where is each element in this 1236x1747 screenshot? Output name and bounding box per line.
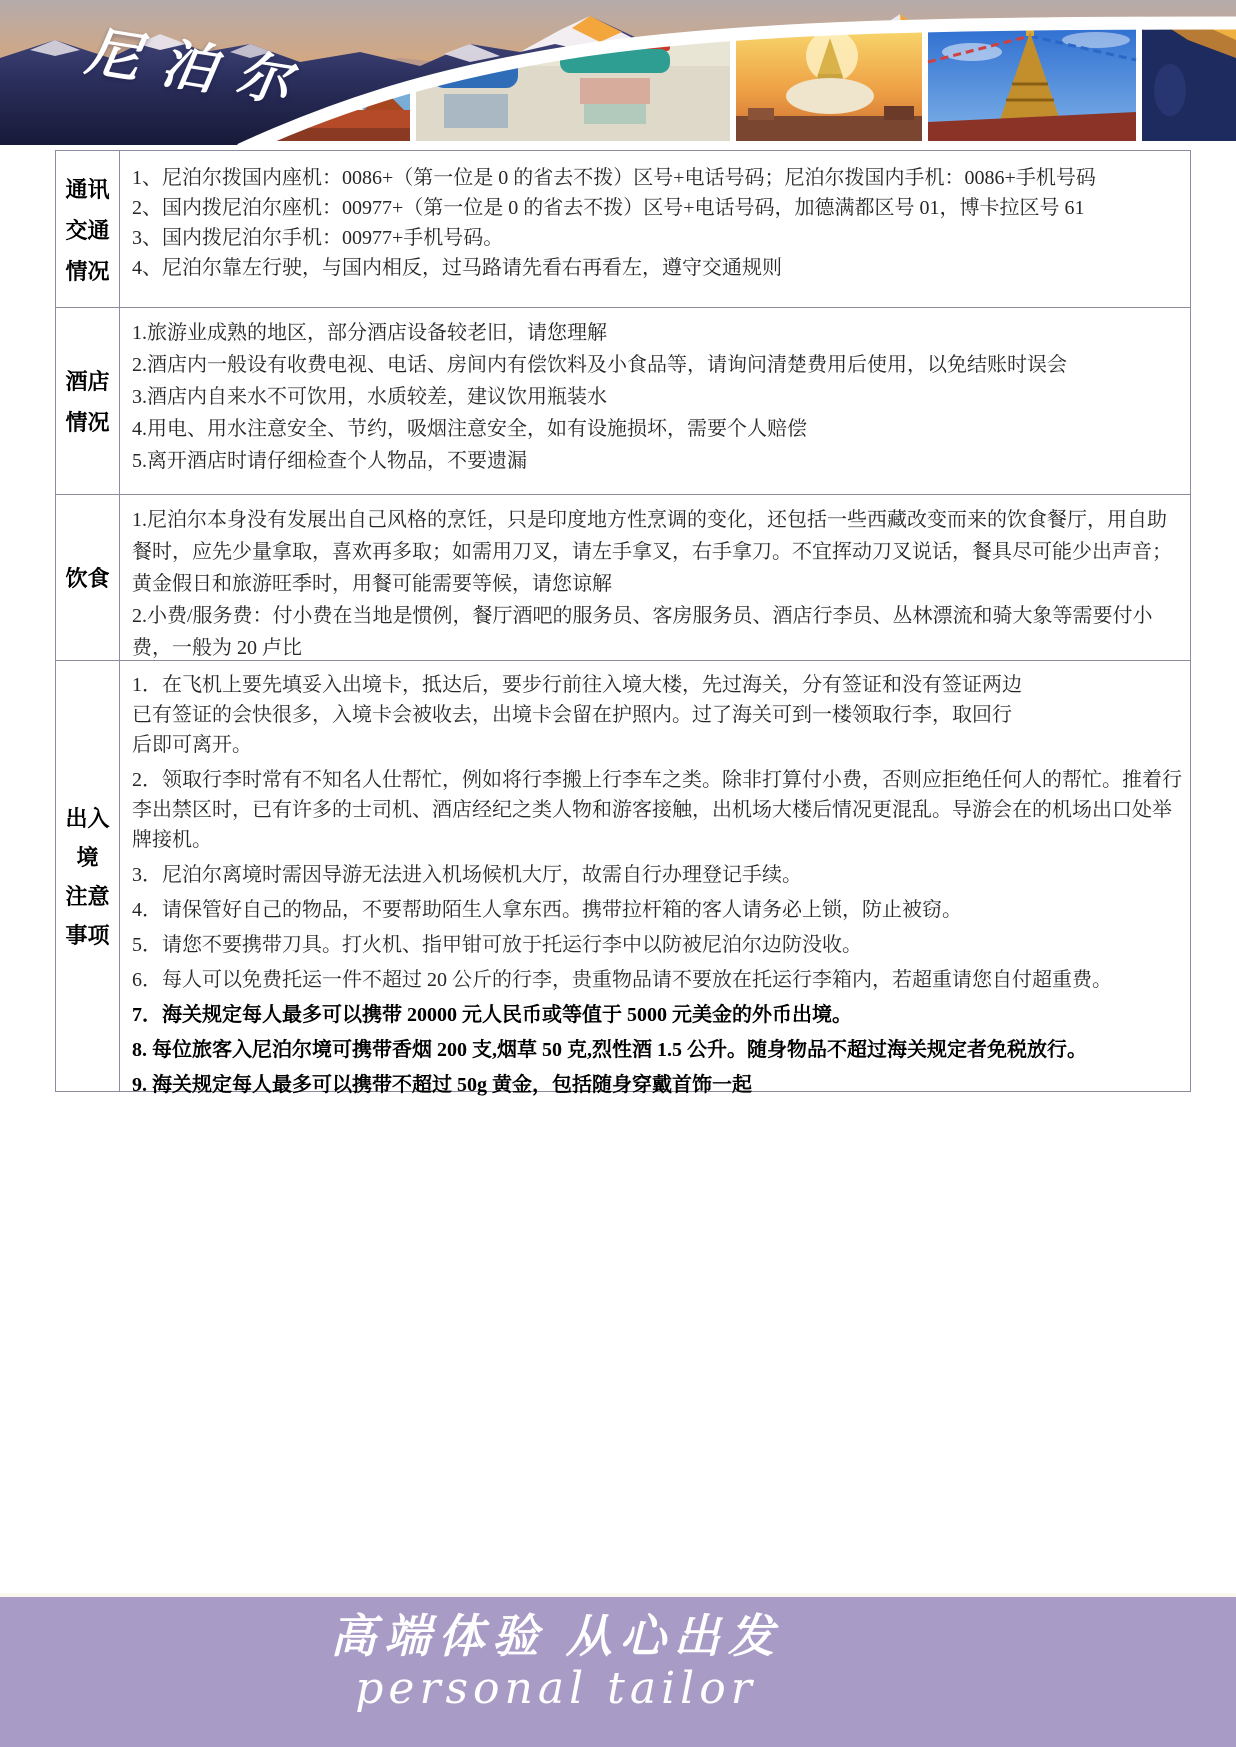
row-label: 饮食	[56, 495, 120, 660]
table-row: 饮食1.尼泊尔本身没有发展出自己风格的烹饪，只是印度地方性烹调的变化，还包括一些…	[56, 495, 1190, 661]
row-content: 1.尼泊尔本身没有发展出自己风格的烹饪，只是印度地方性烹调的变化，还包括一些西藏…	[120, 495, 1190, 660]
row-label-line: 饮食	[65, 562, 109, 593]
row-item: 8. 每位旅客入尼泊尔境可携带香烟 200 支,烟草 50 克,烈性酒 1.5 …	[132, 1035, 1182, 1065]
row-label-line: 情况	[65, 255, 109, 286]
footer-banner: 高端体验 从心出发 personal tailor	[0, 1593, 1236, 1747]
row-item: 6．每人可以免费托运一件不超过 20 公斤的行李，贵重物品请不要放在托运行李箱内…	[132, 965, 1182, 995]
row-item: 4．请保管好自己的物品，不要帮助陌生人拿东西。携带拉杆箱的客人请务必上锁，防止被…	[132, 895, 1182, 925]
footer-slogan-en: personal tailor	[0, 1665, 1174, 1713]
row-label-line: 酒店	[65, 365, 109, 396]
row-label-line: 通讯	[65, 173, 109, 204]
row-content: 1.旅游业成熟的地区，部分酒店设备较老旧，请您理解2.酒店内一般设有收费电视、电…	[120, 308, 1190, 494]
row-item: 1．在飞机上要先填妥入出境卡，抵达后，要步行前往入境大楼，先过海关，分有签证和没…	[132, 670, 1182, 760]
row-item: 3、国内拨尼泊尔手机：00977+手机号码。	[132, 223, 1182, 253]
row-label-line: 交通	[65, 214, 109, 245]
row-item: 1.尼泊尔本身没有发展出自己风格的烹饪，只是印度地方性烹调的变化，还包括一些西藏…	[132, 504, 1182, 600]
table-row: 酒店情况1.旅游业成熟的地区，部分酒店设备较老旧，请您理解2.酒店内一般设有收费…	[56, 308, 1190, 495]
row-item: 3．尼泊尔离境时需因导游无法进入机场候机大厅，故需自行办理登记手续。	[132, 860, 1182, 890]
golden-stupa-photo	[928, 26, 1136, 141]
row-item: 4、尼泊尔靠左行驶，与国内相反，过马路请先看右再看左，遵守交通规则	[132, 253, 1182, 283]
footer-slogan-cn: 高端体验 从心出发	[0, 1609, 1174, 1665]
header-banner: 尼泊尔	[0, 0, 1236, 145]
row-label-line: 境	[76, 841, 98, 872]
row-item: 5．请您不要携带刀具。打火机、指甲钳可放于托运行李中以防被尼泊尔边防没收。	[132, 930, 1182, 960]
temple-detail-photo	[1142, 22, 1236, 141]
row-label-line: 注意	[65, 880, 109, 911]
row-content: 1．在飞机上要先填妥入出境卡，抵达后，要步行前往入境大楼，先过海关，分有签证和没…	[120, 661, 1190, 1091]
row-item: 1、尼泊尔拨国内座机：0086+（第一位是 0 的省去不拨）区号+电话号码；尼泊…	[132, 163, 1182, 193]
row-item: 5.离开酒店时请仔细检查个人物品，不要遗漏	[132, 445, 1182, 477]
row-item: 2.酒店内一般设有收费电视、电话、房间内有偿饮料及小食品等，请询问清楚费用后使用…	[132, 349, 1182, 381]
row-item: 9. 海关规定每人最多可以携带不超过 50g 黄金，包括随身穿戴首饰一起	[132, 1070, 1182, 1100]
row-item: 3.酒店内自来水不可饮用，水质较差，建议饮用瓶装水	[132, 381, 1182, 413]
row-label-line: 事项	[65, 919, 109, 950]
row-label: 酒店情况	[56, 308, 120, 494]
row-item: 4.用电、用水注意安全、节约，吸烟注意安全，如有设施损坏，需要个人赔偿	[132, 413, 1182, 445]
row-label-line: 情况	[65, 406, 109, 437]
row-label-line: 出入	[65, 802, 109, 833]
table-row: 通讯交通情况1、尼泊尔拨国内座机：0086+（第一位是 0 的省去不拨）区号+电…	[56, 151, 1190, 308]
row-item: 7．海关规定每人最多可以携带 20000 元人民币或等值于 5000 元美金的外…	[132, 1000, 1182, 1030]
row-label: 出入境注意事项	[56, 661, 120, 1091]
row-label: 通讯交通情况	[56, 151, 120, 307]
row-item: 2、国内拨尼泊尔座机：00977+（第一位是 0 的省去不拨）区号+电话号码，加…	[132, 193, 1182, 223]
table-row: 出入境注意事项1．在飞机上要先填妥入出境卡，抵达后，要步行前往入境大楼，先过海关…	[56, 661, 1190, 1091]
row-item: 1.旅游业成熟的地区，部分酒店设备较老旧，请您理解	[132, 317, 1182, 349]
stupa-sunset-photo	[736, 30, 922, 141]
info-table: 通讯交通情况1、尼泊尔拨国内座机：0086+（第一位是 0 的省去不拨）区号+电…	[55, 150, 1191, 1092]
row-content: 1、尼泊尔拨国内座机：0086+（第一位是 0 的省去不拨）区号+电话号码；尼泊…	[120, 151, 1190, 307]
page: 尼泊尔 通讯交通情况1、尼泊尔拨国内座机：0086+（第一位是 0 的省去不拨）…	[0, 0, 1236, 1747]
row-item: 2.小费/服务费：付小费在当地是惯例，餐厅酒吧的服务员、客房服务员、酒店行李员、…	[132, 600, 1182, 664]
row-item: 2．领取行李时常有不知名人仕帮忙，例如将行李搬上行李车之类。除非打算付小费，否则…	[132, 765, 1182, 855]
